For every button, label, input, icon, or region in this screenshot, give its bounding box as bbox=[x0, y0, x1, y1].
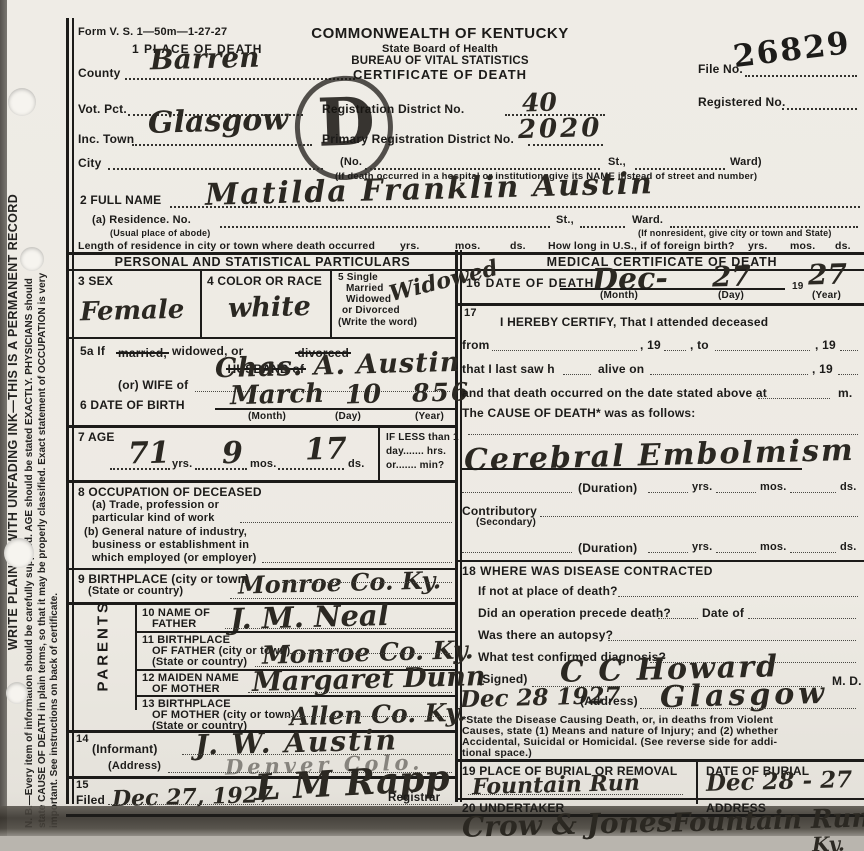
length-ds: ds. bbox=[510, 240, 526, 252]
age-yrs-line bbox=[110, 468, 170, 470]
dod-month-sub: (Month) bbox=[600, 290, 638, 301]
howlong-ds: ds. bbox=[835, 240, 851, 252]
age-label: 7 AGE bbox=[78, 430, 115, 444]
file-no-line bbox=[745, 75, 857, 77]
occupation-a1: (a) Trade, profession or bbox=[92, 499, 219, 511]
dod-underline bbox=[560, 288, 785, 290]
duration2-ds: ds. bbox=[840, 541, 857, 553]
punch-hole bbox=[20, 247, 44, 271]
father-name-rule bbox=[137, 631, 458, 633]
age-bottom-rule bbox=[66, 480, 458, 483]
occurred-line bbox=[758, 398, 830, 399]
age-less-divider bbox=[378, 428, 380, 480]
city-label: City bbox=[78, 156, 101, 170]
dod-year-value: 27 bbox=[808, 257, 848, 291]
marital-bottom-rule bbox=[66, 337, 458, 339]
father-name-line bbox=[225, 628, 452, 629]
saw-label: that I last saw h bbox=[462, 362, 555, 376]
less-line2: day....... hrs. bbox=[386, 446, 446, 457]
no-label: (No. bbox=[340, 156, 362, 168]
undertaker-value: Crow & Jones bbox=[462, 805, 673, 843]
full-name-label: 2 FULL NAME bbox=[80, 193, 161, 207]
dob-month-sub: (Month) bbox=[248, 411, 286, 422]
m5a-married-struck: married, bbox=[118, 346, 167, 360]
mother-name-rule bbox=[137, 695, 458, 697]
registered-no-label: Registered No. bbox=[698, 95, 786, 109]
question-autopsy: Was there an autopsy? bbox=[478, 628, 613, 642]
alive-line bbox=[650, 374, 808, 375]
county-line bbox=[125, 78, 355, 80]
item15-number: 15 bbox=[76, 779, 89, 791]
duration2-ds-line bbox=[790, 552, 836, 553]
margin-bold-line: WRITE PLAINLY WITH UNFADING INK—THIS IS … bbox=[6, 16, 20, 828]
to-line bbox=[715, 350, 810, 351]
to-19: , 19 bbox=[815, 338, 836, 352]
registrar-label: Registrar bbox=[388, 792, 440, 804]
duration-label: (Duration) bbox=[578, 481, 637, 495]
occupation-b-line bbox=[262, 562, 452, 563]
informant-address-label: (Address) bbox=[108, 760, 161, 772]
commonwealth-title: COMMONWEALTH OF KENTUCKY bbox=[300, 25, 580, 42]
inc-town-label: Inc. Town bbox=[78, 132, 134, 146]
residence-ward-label: Ward. bbox=[632, 214, 663, 226]
from-19-line bbox=[664, 350, 686, 351]
dod-year-sub: (Year) bbox=[812, 290, 841, 301]
margin-nb-line1: N. B.—Every item of information should b… bbox=[24, 16, 37, 828]
sex-value: Female bbox=[80, 295, 185, 328]
primary-reg-label: Primary Registration District No. bbox=[322, 132, 514, 146]
marital-line1: 5 Single bbox=[338, 272, 378, 283]
dob-year-sub: (Year) bbox=[415, 411, 444, 422]
duration-lead-line bbox=[462, 492, 572, 493]
duration2-yrs-line bbox=[648, 552, 688, 553]
cause-of-death-label: The CAUSE OF DEATH* was as follows: bbox=[462, 406, 695, 420]
occurred-m: m. bbox=[838, 386, 852, 400]
margin-nb-line3: important. See instructions on back of c… bbox=[49, 16, 62, 828]
residence-st-line bbox=[580, 226, 625, 228]
m5a-prefix: 5a If bbox=[80, 344, 105, 358]
from-label: from bbox=[462, 338, 489, 352]
full-name-line bbox=[170, 206, 860, 208]
informant-label: (Informant) bbox=[92, 742, 158, 756]
left-title-underline bbox=[66, 269, 458, 271]
from-19: , 19 bbox=[640, 338, 661, 352]
dob-day-value: 10 bbox=[345, 380, 382, 411]
race-marital-divider bbox=[330, 271, 332, 337]
duration2-yrs: yrs. bbox=[692, 541, 712, 553]
ward-label: Ward) bbox=[730, 156, 762, 168]
inc-town-value: Glasgow bbox=[148, 102, 289, 141]
duration-yrs: yrs. bbox=[692, 481, 712, 493]
to-label: , to bbox=[690, 338, 709, 352]
margin-nb-line2: state CAUSE OF DEATH in plain terms, so … bbox=[37, 16, 50, 828]
howlong-mos: mos. bbox=[790, 240, 815, 252]
duration-yrs-line bbox=[648, 492, 688, 493]
occupation-label: 8 OCCUPATION OF DECEASED bbox=[78, 485, 262, 499]
marital-line4: or Divorced bbox=[342, 305, 400, 316]
dod-bottom-rule bbox=[458, 303, 864, 306]
parents-label: PARENTS bbox=[95, 622, 112, 692]
dob-bottom-rule bbox=[66, 425, 458, 428]
burial-place-value: Fountain Run bbox=[472, 770, 640, 800]
inc-town-line bbox=[132, 144, 312, 146]
punch-hole bbox=[8, 88, 36, 116]
physician-address-label: (Address) bbox=[580, 694, 638, 708]
race-label: 4 COLOR OR RACE bbox=[207, 274, 322, 288]
duration2-bottom-rule bbox=[458, 560, 864, 562]
personal-title: PERSONAL AND STATISTICAL PARTICULARS bbox=[70, 255, 455, 269]
age-mos-value: 9 bbox=[222, 436, 244, 472]
undertaker-address-ky: Ky. bbox=[812, 832, 845, 851]
marital-line2: Married bbox=[346, 283, 384, 294]
father-bp-line bbox=[290, 653, 452, 654]
less-line1: IF LESS than 1 bbox=[386, 432, 459, 443]
dod-year-print: 19 bbox=[792, 281, 804, 292]
file-no-label: File No. bbox=[698, 62, 743, 76]
county-label: County bbox=[78, 66, 121, 80]
punch-hole bbox=[6, 682, 28, 704]
cause-underline bbox=[462, 468, 802, 470]
duration-mos: mos. bbox=[760, 481, 786, 493]
mother-name-line bbox=[248, 692, 452, 693]
length-yrs: yrs. bbox=[400, 240, 419, 252]
reg-district-value: 40 bbox=[522, 88, 558, 118]
registered-no-line bbox=[782, 108, 857, 110]
footnote-line4: tional space.) bbox=[462, 747, 532, 759]
certify-line: I HEREBY CERTIFY, That I attended deceas… bbox=[500, 315, 768, 329]
md-label: M. D. bbox=[832, 674, 862, 688]
father-bp-label3: (State or country) bbox=[152, 656, 247, 668]
birthplace-label: 9 BIRTHPLACE (city or town) bbox=[78, 572, 249, 586]
filed-label: Filed bbox=[76, 793, 105, 807]
secondary-label: (Secondary) bbox=[476, 517, 536, 528]
burial-bottom-rule bbox=[458, 798, 864, 800]
saw-19: , 19 bbox=[812, 362, 833, 376]
from-line bbox=[492, 350, 637, 351]
frame-left-inner bbox=[72, 18, 74, 804]
footnote-bottom-rule bbox=[458, 759, 864, 762]
item14-number: 14 bbox=[76, 733, 89, 745]
birthplace-sub: (State or country) bbox=[88, 585, 183, 597]
burial-date-value: Dec 28 - 27 bbox=[706, 766, 853, 797]
stamp-letter: D bbox=[316, 82, 376, 162]
father-name-label2: FATHER bbox=[152, 618, 196, 630]
age-yrs-value: 71 bbox=[128, 435, 171, 471]
question-not-at-place: If not at place of death? bbox=[478, 584, 618, 598]
punch-hole bbox=[4, 538, 34, 568]
nonresident-note: (If nonresident, give city or town and S… bbox=[638, 228, 832, 238]
duration-ds: ds. bbox=[840, 481, 857, 493]
q2b-line bbox=[748, 618, 856, 619]
primary-reg-value: 2020 bbox=[518, 113, 603, 145]
abode-note: (Usual place of abode) bbox=[110, 228, 210, 238]
occupation-b2: business or establishment in bbox=[92, 539, 249, 551]
age-ds-value: 17 bbox=[305, 431, 348, 467]
length-residence-label: Length of residence in city or town wher… bbox=[78, 240, 375, 252]
age-ds-unit: ds. bbox=[348, 458, 365, 470]
sex-race-divider bbox=[200, 271, 202, 337]
vot-pct-label: Vot. Pct. bbox=[78, 102, 127, 116]
alive-label: alive on bbox=[598, 362, 644, 376]
duration2-lead-line bbox=[462, 552, 572, 553]
wife-of-label: (or) WIFE of bbox=[118, 378, 188, 392]
item17-number: 17 bbox=[464, 307, 477, 319]
howlong-yrs: yrs. bbox=[748, 240, 767, 252]
age-yrs-unit: yrs. bbox=[172, 458, 192, 470]
residence-line bbox=[220, 226, 550, 228]
less-line3: or....... min? bbox=[386, 460, 444, 471]
burial-place-line bbox=[468, 794, 683, 795]
mother-bp-line bbox=[285, 716, 452, 717]
county-value: Barren bbox=[150, 41, 260, 77]
question-operation: Did an operation precede death? bbox=[478, 606, 671, 620]
dob-label: 6 DATE OF BIRTH bbox=[80, 398, 185, 412]
question-operation-date: Date of bbox=[702, 606, 744, 620]
dob-underline bbox=[215, 408, 455, 410]
contributory-line bbox=[540, 516, 858, 517]
filed-line bbox=[108, 804, 452, 805]
marital-line5: (Write the word) bbox=[338, 317, 417, 328]
scan-below-paper bbox=[0, 836, 864, 851]
residence-label: (a) Residence. No. bbox=[92, 214, 191, 226]
duration2-mos-line bbox=[716, 552, 756, 553]
duration2-mos: mos. bbox=[760, 541, 786, 553]
frame-left-outer bbox=[66, 18, 69, 804]
age-mos-line bbox=[195, 468, 247, 470]
sex-label: 3 SEX bbox=[78, 274, 113, 288]
occupation-b3: which employed (or employer) bbox=[92, 552, 257, 564]
bureau-line: BUREAU OF VITAL STATISTICS bbox=[300, 55, 580, 67]
contributory-label: Contributory bbox=[462, 504, 537, 518]
state-board-line: State Board of Health bbox=[300, 43, 580, 55]
to-19-line bbox=[840, 350, 858, 351]
margin-instructions: WRITE PLAINLY WITH UNFADING INK—THIS IS … bbox=[6, 16, 62, 828]
duration2-label: (Duration) bbox=[578, 541, 637, 555]
q2-line bbox=[658, 618, 698, 619]
saw-19-line bbox=[838, 374, 858, 375]
saw-h-line bbox=[563, 374, 591, 375]
address-line bbox=[640, 708, 856, 709]
dob-day-sub: (Day) bbox=[335, 411, 361, 422]
dod-day-sub: (Day) bbox=[718, 290, 744, 301]
occupation-a-line bbox=[240, 522, 452, 523]
q3-line bbox=[608, 640, 856, 641]
item18-label: 18 WHERE WAS DISEASE CONTRACTED bbox=[462, 564, 713, 578]
length-mos: mos. bbox=[455, 240, 480, 252]
dob-month-value: March bbox=[230, 379, 325, 411]
age-mos-unit: mos. bbox=[250, 458, 276, 470]
age-ds-line bbox=[278, 468, 344, 470]
birthplace-line1 bbox=[282, 582, 452, 583]
duration-mos-line bbox=[716, 492, 756, 493]
residence-st-label: St., bbox=[556, 214, 574, 226]
occurred-label: and that death occurred on the date stat… bbox=[462, 386, 767, 400]
occupation-b1: (b) General nature of industry, bbox=[84, 526, 247, 538]
occupation-a2: particular kind of work bbox=[92, 512, 215, 524]
marital-line3: Widowed bbox=[346, 294, 391, 305]
mother-name-label2: OF MOTHER bbox=[152, 683, 220, 695]
form-number: Form V. S. 1—50m—1-27-27 bbox=[78, 26, 227, 38]
how-long-label: How long in U.S., if of foreign birth? bbox=[548, 240, 735, 252]
duration-ds-line bbox=[790, 492, 836, 493]
q1-line bbox=[618, 596, 858, 597]
physician-address-value: Glasgow bbox=[660, 676, 829, 715]
primary-reg-line bbox=[528, 144, 603, 146]
city-line bbox=[108, 168, 323, 170]
race-value: white bbox=[228, 291, 312, 324]
